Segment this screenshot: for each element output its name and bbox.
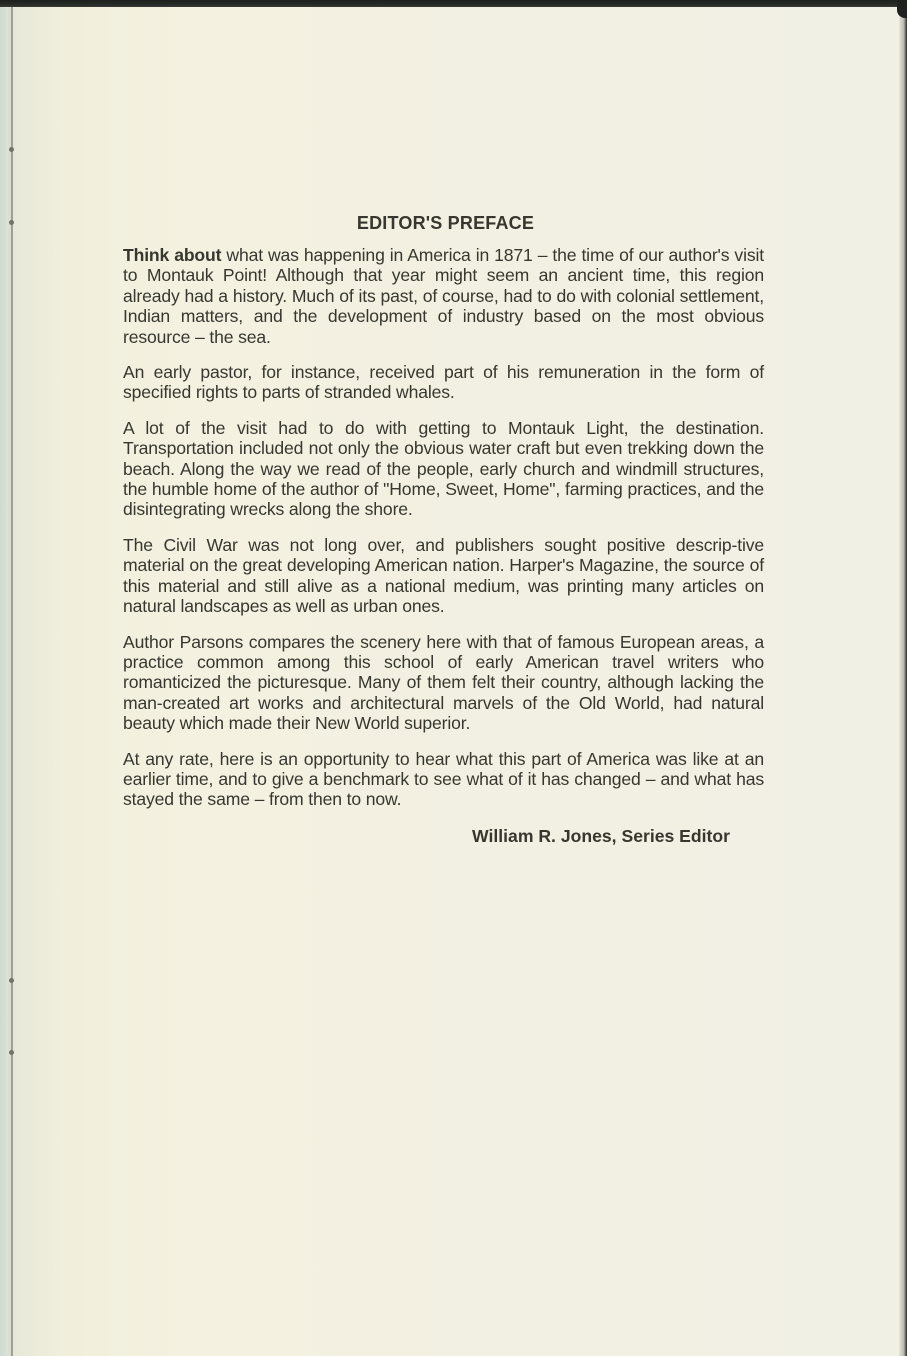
binding-mark [9, 147, 14, 152]
binding-mark [9, 978, 14, 983]
binding-mark [9, 220, 14, 225]
paragraph-text: Author Parsons compares the scenery here… [123, 632, 764, 734]
page-title: EDITOR'S PREFACE [123, 212, 764, 234]
editor-signature: William R. Jones, Series Editor [123, 825, 764, 847]
paragraph: An early pastor, for instance, received … [123, 362, 764, 403]
paragraph: A lot of the visit had to do with gettin… [123, 418, 764, 520]
paragraph: The Civil War was not long over, and pub… [123, 535, 764, 617]
binding-mark [9, 1050, 14, 1055]
paragraph-text: The Civil War was not long over, and pub… [123, 535, 764, 616]
paragraph-text: An early pastor, for instance, received … [123, 362, 764, 402]
scan-top-edge [0, 0, 907, 7]
paragraph: At any rate, here is an opportunity to h… [123, 749, 764, 810]
paragraph-text: A lot of the visit had to do with gettin… [123, 418, 764, 520]
paragraph: Author Parsons compares the scenery here… [123, 632, 764, 734]
spine-line [11, 7, 13, 1356]
page-corner-shadow [897, 0, 907, 18]
paragraph: Think about what was happening in Americ… [123, 245, 764, 347]
page-right-edge [899, 0, 907, 1356]
paragraph-text: At any rate, here is an opportunity to h… [123, 749, 764, 810]
preface-content: EDITOR'S PREFACE Think about what was ha… [123, 212, 764, 847]
paragraph-lead: Think about [123, 245, 221, 265]
